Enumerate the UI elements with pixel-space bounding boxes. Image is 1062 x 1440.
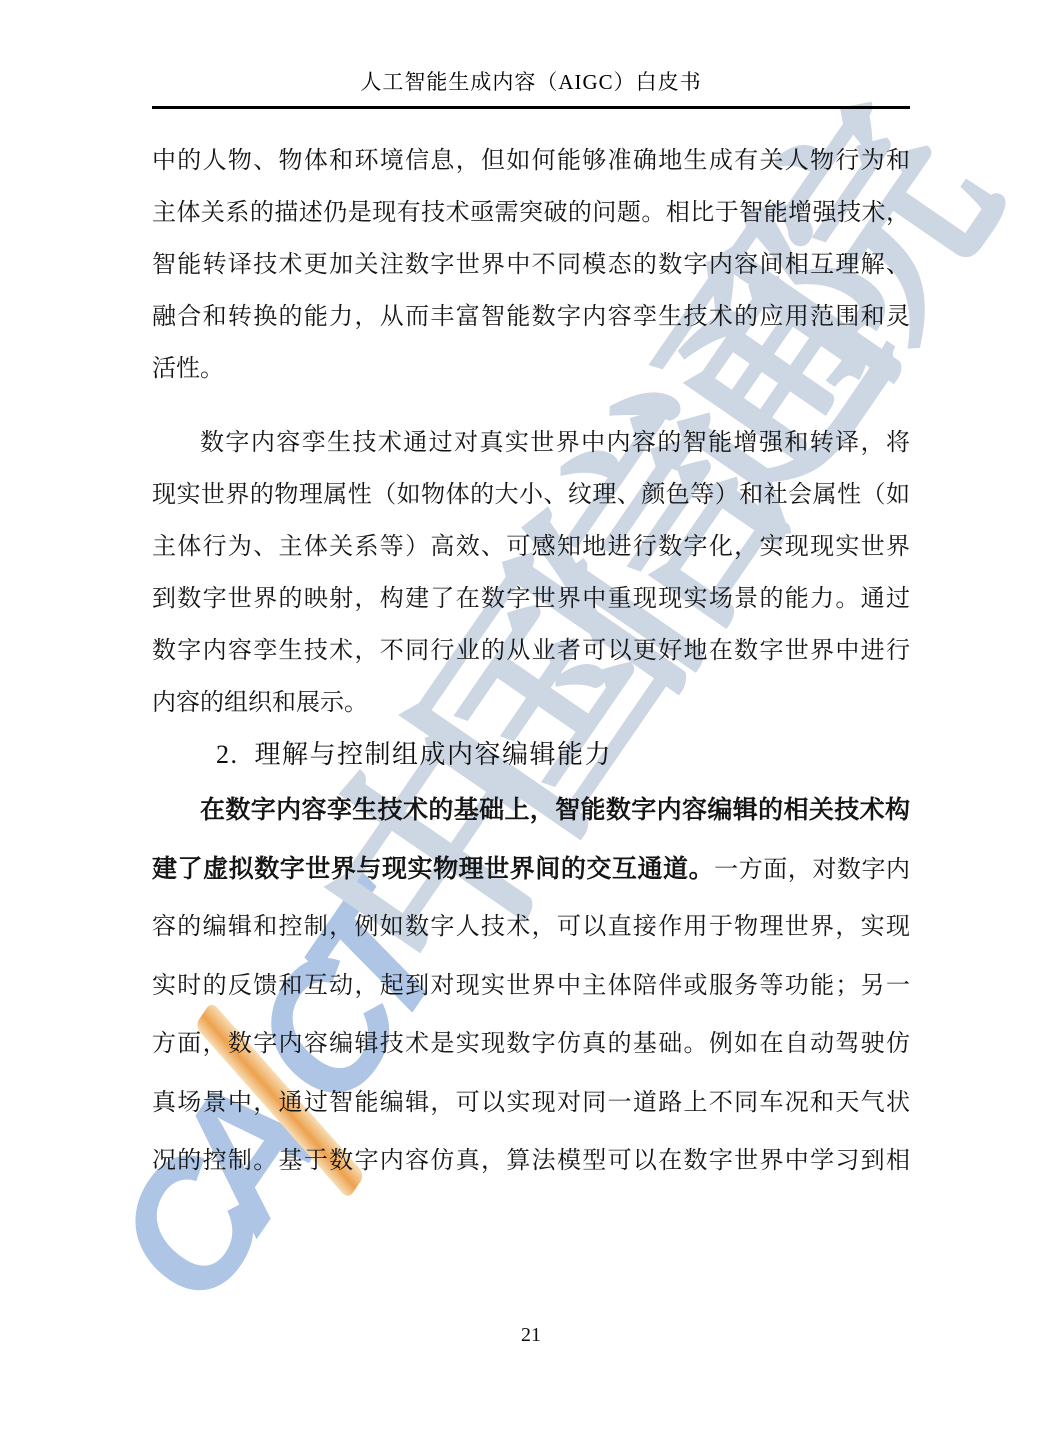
text-segment: 到数字世界的映射，构建了在数字世界中重现现实场景的能力。通过 (152, 586, 910, 612)
text-segment: 容的编辑和控制，例如数字人技术，可以直接作用于物理世界，实现 (152, 914, 910, 940)
text-segment: 主体行为、主体关系等）高效、可感知地进行数字化，实现现实世界 (152, 534, 910, 560)
text-line: 主体关系的描述仍是现有技术亟需突破的问题。相比于智能增强技术， (152, 187, 910, 239)
text-line: 数字内容孪生技术，不同行业的从业者可以更好地在数字世界中进行 (152, 625, 910, 677)
text-line: 中的人物、物体和环境信息，但如何能够准确地生成有关人物行为和 (152, 135, 910, 187)
section-heading: 2. 理解与控制组成内容编辑能力 (152, 729, 910, 781)
text-segment: 现实世界的物理属性（如物体的大小、纹理、颜色等）和社会属性（如 (152, 482, 910, 508)
text-line: 实时的反馈和互动，起到对现实世界中主体陪伴或服务等功能；另一 (152, 957, 910, 1016)
text-line: 方面，数字内容编辑技术是实现数字仿真的基础。例如在自动驾驶仿 (152, 1015, 910, 1074)
text-segment: 况的控制。基于数字内容仿真，算法模型可以在数字世界中学习到相 (152, 1148, 910, 1174)
paragraph: 在数字内容孪生技术的基础上，智能数字内容编辑的相关技术构建了虚拟数字世界与现实物… (152, 781, 910, 1191)
text-segment: 方面，数字内容编辑技术是实现数字仿真的基础。例如在自动驾驶仿 (152, 1031, 910, 1057)
text-segment: 真场景中，通过智能编辑，可以实现对同一道路上不同车况和天气状 (152, 1090, 910, 1116)
text-line: 数字内容孪生技术通过对真实世界中内容的智能增强和转译，将 (152, 417, 910, 469)
text-segment: 数字内容孪生技术通过对真实世界中内容的智能增强和转译，将 (200, 430, 910, 456)
text-line: 智能转译技术更加关注数字世界中不同模态的数字内容间相互理解、 (152, 239, 910, 291)
text-line: 融合和转换的能力，从而丰富智能数字内容孪生技术的应用范围和灵 (152, 291, 910, 343)
bold-text-segment: 在数字内容孪生技术的基础上，智能数字内容编辑的相关技术构 (200, 796, 910, 824)
text-segment: 智能转译技术更加关注数字世界中不同模态的数字内容间相互理解、 (152, 252, 910, 278)
text-segment: 一方面，对数字内 (714, 857, 910, 883)
text-line: 容的编辑和控制，例如数字人技术，可以直接作用于物理世界，实现 (152, 898, 910, 957)
text-line: 在数字内容孪生技术的基础上，智能数字内容编辑的相关技术构 (152, 781, 910, 840)
text-segment: 中的人物、物体和环境信息，但如何能够准确地生成有关人物行为和 (152, 148, 910, 174)
text-segment: 数字内容孪生技术，不同行业的从业者可以更好地在数字世界中进行 (152, 638, 910, 664)
bold-text-segment: 建了虚拟数字世界与现实物理世界间的交互通道。 (152, 855, 714, 883)
text-line: 内容的组织和展示。 (152, 677, 910, 729)
text-line: 建了虚拟数字世界与现实物理世界间的交互通道。一方面，对数字内 (152, 840, 910, 899)
text-segment: 内容的组织和展示。 (152, 690, 368, 716)
text-line: 况的控制。基于数字内容仿真，算法模型可以在数字世界中学习到相 (152, 1132, 910, 1191)
text-line: 现实世界的物理属性（如物体的大小、纹理、颜色等）和社会属性（如 (152, 469, 910, 521)
text-line: 到数字世界的映射，构建了在数字世界中重现现实场景的能力。通过 (152, 573, 910, 625)
body-content: 中的人物、物体和环境信息，但如何能够准确地生成有关人物行为和主体关系的描述仍是现… (152, 135, 910, 1191)
text-segment: 主体关系的描述仍是现有技术亟需突破的问题。相比于智能增强技术， (152, 200, 910, 226)
text-line: 真场景中，通过智能编辑，可以实现对同一道路上不同车况和天气状 (152, 1074, 910, 1133)
paragraph: 中的人物、物体和环境信息，但如何能够准确地生成有关人物行为和主体关系的描述仍是现… (152, 135, 910, 395)
text-segment: 活性。 (152, 356, 224, 382)
paragraph: 数字内容孪生技术通过对真实世界中内容的智能增强和转译，将现实世界的物理属性（如物… (152, 417, 910, 729)
text-line: 主体行为、主体关系等）高效、可感知地进行数字化，实现现实世界 (152, 521, 910, 573)
text-line: 活性。 (152, 343, 910, 395)
page-number: 21 (0, 1324, 1062, 1347)
document-page: CA CT 中国信通院 人工智能生成内容（AIGC）白皮书 中的人物、物体和环境… (0, 0, 1062, 1440)
text-segment: 融合和转换的能力，从而丰富智能数字内容孪生技术的应用范围和灵 (152, 304, 910, 330)
header-title: 人工智能生成内容（AIGC）白皮书 (0, 66, 1062, 96)
text-segment: 实时的反馈和互动，起到对现实世界中主体陪伴或服务等功能；另一 (152, 973, 910, 999)
header-rule (152, 106, 910, 109)
